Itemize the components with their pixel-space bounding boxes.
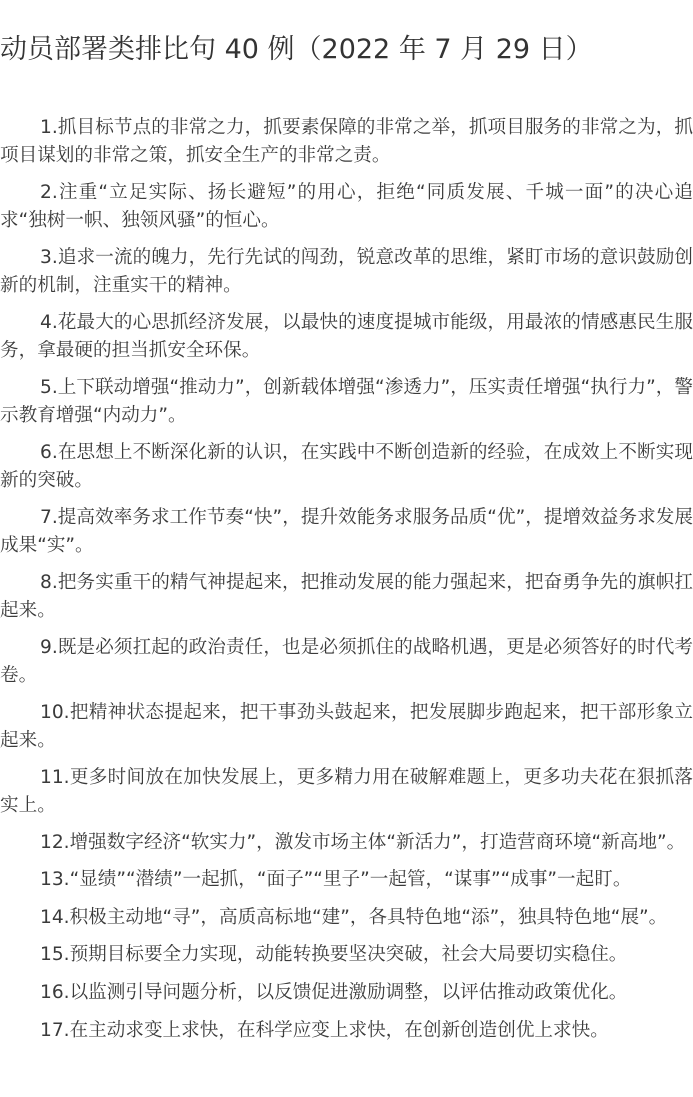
list-item: 1.抓目标节点的非常之力，抓要素保障的非常之举，抓项目服务的非常之为，抓项目谋划… <box>0 114 693 170</box>
list-item: 3.追求一流的魄力，先行先试的闯劲，锐意改革的思维，紧盯市场的意识鼓励创新的机制… <box>0 244 693 300</box>
list-item: 11.更多时间放在加快发展上，更多精力用在破解难题上，更多功夫花在狠抓落实上。 <box>0 764 693 820</box>
list-item: 8.把务实重干的精气神提起来，把推动发展的能力强起来，把奋勇争先的旗帜扛起来。 <box>0 569 693 625</box>
list-item: 16.以监测引导问题分析，以反馈促进激励调整，以评估推动政策优化。 <box>0 979 693 1007</box>
list-item: 14.积极主动地“寻”，高质高标地“建”，各具特色地“添”，独具特色地“展”。 <box>0 904 693 932</box>
page-title: 动员部署类排比句 40 例（2022 年 7 月 29 日） <box>0 32 593 68</box>
list-item: 17.在主动求变上求快，在科学应变上求快，在创新创造创优上求快。 <box>0 1017 693 1045</box>
list-item: 9.既是必须扛起的政治责任，也是必须抓住的战略机遇，更是必须答好的时代考卷。 <box>0 634 693 690</box>
list-item: 5.上下联动增强“推动力”，创新载体增强“渗透力”，压实责任增强“执行力”，警示… <box>0 374 693 430</box>
list-item: 7.提高效率务求工作节奏“快”，提升效能务求服务品质“优”，提增效益务求发展成果… <box>0 504 693 560</box>
list-item: 12.增强数字经济“软实力”，激发市场主体“新活力”，打造营商环境“新高地”。 <box>0 829 693 857</box>
list-item: 2.注重“立足实际、扬长避短”的用心，拒绝“同质发展、千城一面”的决心追求“独树… <box>0 179 693 235</box>
list-item: 6.在思想上不断深化新的认识，在实践中不断创造新的经验，在成效上不断实现新的突破… <box>0 439 693 495</box>
list-item: 13.“显绩”“潜绩”一起抓，“面子”“里子”一起管，“谋事”“成事”一起盯。 <box>0 866 693 894</box>
sentence-list: 1.抓目标节点的非常之力，抓要素保障的非常之举，抓项目服务的非常之为，抓项目谋划… <box>0 114 693 1055</box>
list-item: 4.花最大的心思抓经济发展，以最快的速度提城市能级，用最浓的情感惠民生服务，拿最… <box>0 309 693 365</box>
list-item: 15.预期目标要全力实现，动能转换要坚决突破，社会大局要切实稳住。 <box>0 941 693 969</box>
list-item: 10.把精神状态提起来，把干事劲头鼓起来，把发展脚步跑起来，把干部形象立起来。 <box>0 699 693 755</box>
